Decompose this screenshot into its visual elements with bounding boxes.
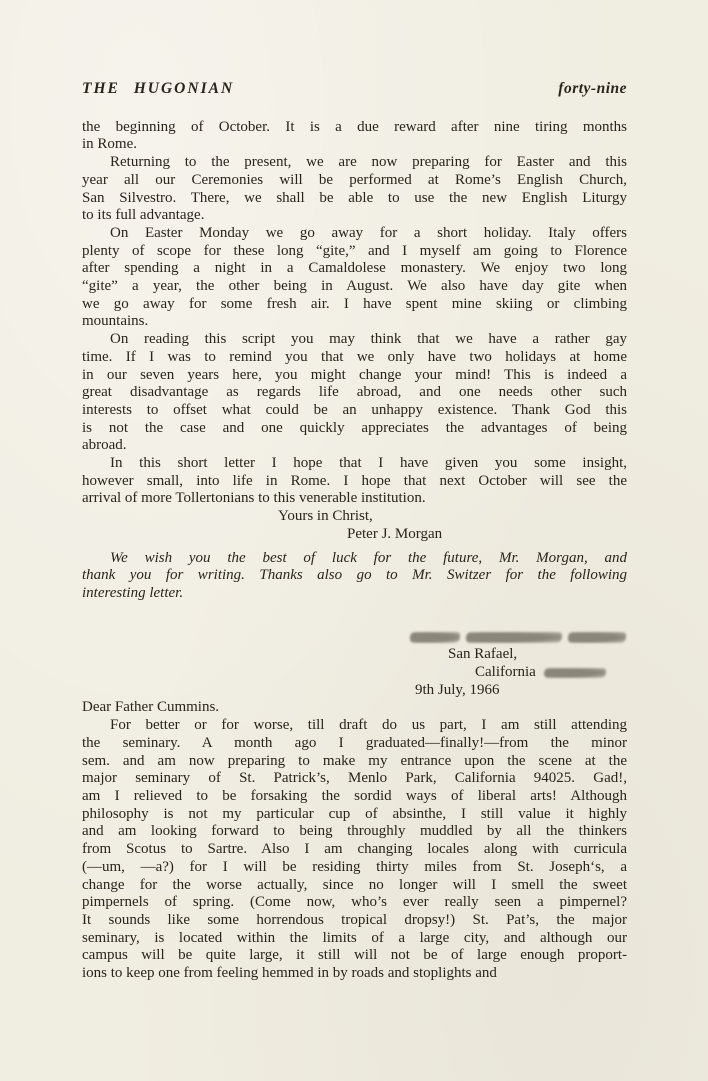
switzer-letter-body: For better or for worse, till draft do u…	[82, 717, 627, 983]
text-line: campus will be quite large, it still wil…	[82, 947, 627, 965]
address-state-line: California	[475, 664, 627, 682]
ink-smudge	[544, 668, 606, 678]
text-line: major seminary of St. Patrick’s, Menlo P…	[82, 770, 627, 788]
valediction-line: Yours in Christ,	[278, 508, 627, 526]
text-line: in our seven years here, you might chang…	[82, 367, 627, 385]
text-line: interests to offset what could be an unh…	[82, 402, 627, 420]
paragraph: the beginning of October. It is a due re…	[82, 119, 627, 154]
ink-smudge	[410, 632, 460, 643]
text-line: San Silvestro. There, we shall be able t…	[82, 190, 627, 208]
address-state: California	[475, 664, 536, 682]
page-number: forty-nine	[558, 80, 627, 98]
text-line: philosophy is not my particular cup of a…	[82, 806, 627, 824]
text-line: ions to keep one from feeling hemmed in …	[82, 965, 627, 983]
text-line: Returning to the present, we are now pre…	[82, 154, 627, 172]
text-line: am I relieved to be forsaking the sordid…	[82, 788, 627, 806]
text-line: mountains.	[82, 313, 627, 331]
text-line: arrival of more Tollertonians to this ve…	[82, 490, 627, 508]
text-line: We wish you the best of luck for the fut…	[82, 550, 627, 568]
text-line: we go away for some fresh air. I have sp…	[82, 296, 627, 314]
text-line: sem. and am now preparing to make my ent…	[82, 753, 627, 771]
text-line: change for the worse actually, since no …	[82, 877, 627, 895]
address-block: San Rafael, California 9th July, 1966	[82, 629, 627, 700]
text-line: to its full advantage.	[82, 207, 627, 225]
ink-smudge	[568, 632, 626, 643]
text-line: In this short letter I hope that I have …	[82, 455, 627, 473]
text-line: seminary, is located within the limits o…	[82, 930, 627, 948]
scanned-journal-page: THE HUGONIAN forty-nine the beginning of…	[0, 0, 708, 1081]
text-line: the seminary. A month ago I graduated—fi…	[82, 735, 627, 753]
text-line: On Easter Monday we go away for a short …	[82, 225, 627, 243]
text-line: pimpernels of spring. (Come now, who’s e…	[82, 894, 627, 912]
text-line: time. If I was to remind you that we onl…	[82, 349, 627, 367]
text-line: thank you for writing. Thanks also go to…	[82, 567, 627, 585]
page-header: THE HUGONIAN forty-nine	[82, 80, 627, 98]
paragraph: For better or for worse, till draft do u…	[82, 717, 627, 983]
text-line: is not the case and one quickly apprecia…	[82, 420, 627, 438]
editor-note: We wish you the best of luck for the fut…	[82, 550, 627, 603]
text-line: from Scotus to Sartre. Also I am changin…	[82, 841, 627, 859]
paragraph: On Easter Monday we go away for a short …	[82, 225, 627, 331]
text-line: It sounds like some horrendous tropical …	[82, 912, 627, 930]
text-line: plenty of scope for these long “gite,” a…	[82, 243, 627, 261]
signature-line: Peter J. Morgan	[347, 526, 627, 544]
text-line: great disadvantage as regards life abroa…	[82, 384, 627, 402]
paragraph: In this short letter I hope that I have …	[82, 455, 627, 508]
salutation: Dear Father Cummins.	[82, 699, 627, 717]
journal-title: THE HUGONIAN	[82, 80, 234, 98]
paragraph: Returning to the present, we are now pre…	[82, 154, 627, 225]
text-line: the beginning of October. It is a due re…	[82, 119, 627, 137]
address-date: 9th July, 1966	[415, 682, 627, 700]
text-line: On reading this script you may think tha…	[82, 331, 627, 349]
text-line: however small, into life in Rome. I hope…	[82, 473, 627, 491]
text-line: (—um, —a?) for I will be residing thirty…	[82, 859, 627, 877]
text-line: “gite” a year, the other being in August…	[82, 278, 627, 296]
redacted-text-smudge	[410, 629, 627, 647]
text-line: year all our Ceremonies will be performe…	[82, 172, 627, 190]
paragraph: On reading this script you may think tha…	[82, 331, 627, 455]
text-line: and am looking forward to being throughl…	[82, 823, 627, 841]
text-line: after spending a night in a Camaldolese …	[82, 260, 627, 278]
text-line: abroad.	[82, 437, 627, 455]
morgan-letter-body: the beginning of October. It is a due re…	[82, 119, 627, 508]
text-line: in Rome.	[82, 136, 627, 154]
text-line: interesting letter.	[82, 585, 627, 603]
paragraph: We wish you the best of luck for the fut…	[82, 550, 627, 603]
address-city: San Rafael,	[448, 646, 627, 664]
ink-smudge	[466, 632, 562, 643]
text-line: For better or for worse, till draft do u…	[82, 717, 627, 735]
